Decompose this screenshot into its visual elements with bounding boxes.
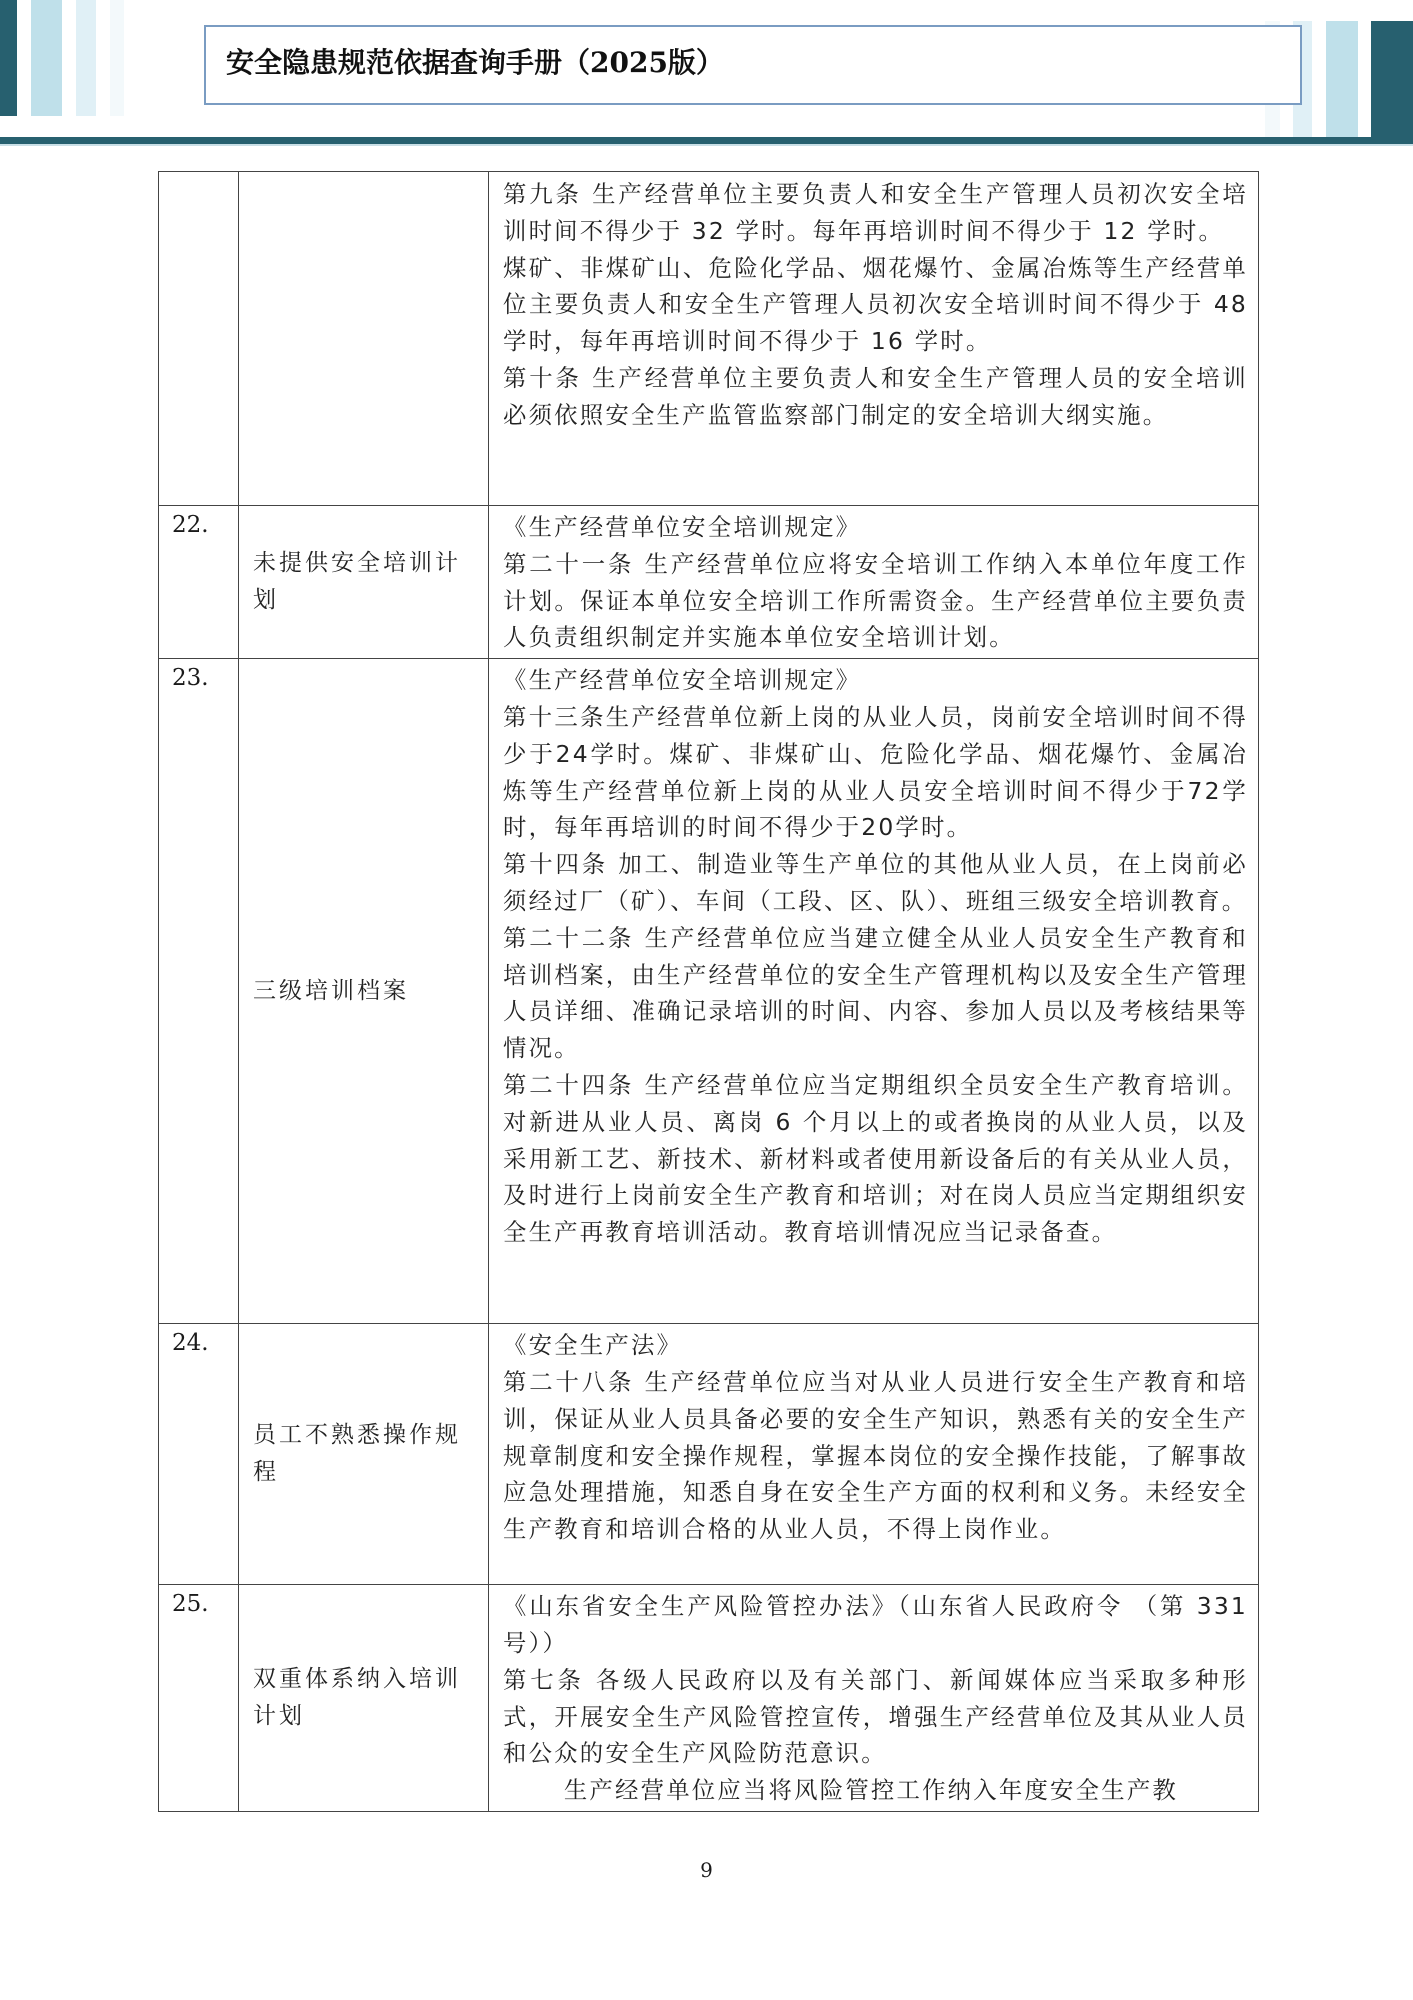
header-stripe-light-left: [31, 0, 62, 116]
basis-paragraph: 生产经营单位应当将风险管控工作纳入年度安全生产教: [503, 1772, 1248, 1809]
hazard-item-cell: 员工不熟悉操作规程: [239, 1324, 489, 1585]
basis-paragraph: 第九条 生产经营单位主要负责人和安全生产管理人员初次安全培训时间不得少于 32 …: [503, 176, 1248, 250]
document-title: 安全隐患规范依据查询手册（2025版）: [226, 41, 724, 81]
regulation-title: 《生产经营单位安全培训规定》: [503, 662, 1248, 699]
header-rule: [0, 137, 1413, 144]
basis-paragraph: 第二十二条 生产经营单位应当建立健全从业人员安全生产教育和培训档案，由生产经营单…: [503, 920, 1248, 1067]
table-row: 22. 未提供安全培训计划 《生产经营单位安全培训规定》 第二十一条 生产经营单…: [159, 506, 1259, 659]
basis-paragraph: 第十四条 加工、制造业等生产单位的其他从业人员，在上岗前必须经过厂（矿）、车间（…: [503, 846, 1248, 920]
row-number-cell: [159, 172, 239, 506]
header-stripe-dark-right: [1371, 21, 1413, 144]
header-title-box: 安全隐患规范依据查询手册（2025版）: [204, 25, 1302, 105]
table-row: 23. 三级培训档案 《生产经营单位安全培训规定》 第十三条生产经营单位新上岗的…: [159, 659, 1259, 1324]
basis-paragraph: 第十条 生产经营单位主要负责人和安全生产管理人员的安全培训必须依照安全生产监管监…: [503, 360, 1248, 434]
page-number: 9: [0, 1858, 1413, 1882]
header-rule-shadow: [0, 144, 1413, 146]
basis-cell: 第九条 生产经营单位主要负责人和安全生产管理人员初次安全培训时间不得少于 32 …: [489, 172, 1259, 506]
header-stripe-light-right: [1326, 21, 1358, 137]
table-row: 第九条 生产经营单位主要负责人和安全生产管理人员初次安全培训时间不得少于 32 …: [159, 172, 1259, 506]
basis-cell: 《生产经营单位安全培训规定》 第十三条生产经营单位新上岗的从业人员，岗前安全培训…: [489, 659, 1259, 1324]
regulation-table: 第九条 生产经营单位主要负责人和安全生产管理人员初次安全培训时间不得少于 32 …: [158, 171, 1259, 1812]
basis-cell: 《生产经营单位安全培训规定》 第二十一条 生产经营单位应将安全培训工作纳入本单位…: [489, 506, 1259, 659]
table-row: 24. 员工不熟悉操作规程 《安全生产法》 第二十八条 生产经营单位应当对从业人…: [159, 1324, 1259, 1585]
header-stripe-faint-left: [110, 0, 124, 116]
row-number-cell: 25.: [159, 1585, 239, 1812]
basis-paragraph: 第二十八条 生产经营单位应当对从业人员进行安全生产教育和培训，保证从业人员具备必…: [503, 1364, 1248, 1548]
header-stripe-dark-left: [0, 0, 17, 116]
hazard-item-cell: 双重体系纳入培训计划: [239, 1585, 489, 1812]
hazard-item-cell: 未提供安全培训计划: [239, 506, 489, 659]
regulation-title: 《生产经营单位安全培训规定》: [503, 509, 1248, 546]
regulation-title: 《山东省安全生产风险管控办法》（山东省人民政府令 （第 331 号））: [503, 1588, 1248, 1662]
basis-cell: 《山东省安全生产风险管控办法》（山东省人民政府令 （第 331 号）） 第七条 …: [489, 1585, 1259, 1812]
table-row: 25. 双重体系纳入培训计划 《山东省安全生产风险管控办法》（山东省人民政府令 …: [159, 1585, 1259, 1812]
basis-paragraph: 第七条 各级人民政府以及有关部门、新闻媒体应当采取多种形式，开展安全生产风险管控…: [503, 1662, 1248, 1772]
basis-paragraph: 第二十四条 生产经营单位应当定期组织全员安全生产教育培训。对新进从业人员、离岗 …: [503, 1067, 1248, 1251]
hazard-item-cell: 三级培训档案: [239, 659, 489, 1324]
header-stripe-lighter-left: [76, 0, 96, 116]
row-number-cell: 23.: [159, 659, 239, 1324]
hazard-item-cell: [239, 172, 489, 506]
row-number-cell: 24.: [159, 1324, 239, 1585]
basis-paragraph: 煤矿、非煤矿山、危险化学品、烟花爆竹、金属冶炼等生产经营单位主要负责人和安全生产…: [503, 250, 1248, 360]
basis-paragraph: 第十三条生产经营单位新上岗的从业人员，岗前安全培训时间不得少于24学时。煤矿、非…: [503, 699, 1248, 846]
row-number-cell: 22.: [159, 506, 239, 659]
basis-cell: 《安全生产法》 第二十八条 生产经营单位应当对从业人员进行安全生产教育和培训，保…: [489, 1324, 1259, 1585]
regulation-title: 《安全生产法》: [503, 1327, 1248, 1364]
basis-paragraph: 第二十一条 生产经营单位应将安全培训工作纳入本单位年度工作计划。保证本单位安全培…: [503, 546, 1248, 656]
